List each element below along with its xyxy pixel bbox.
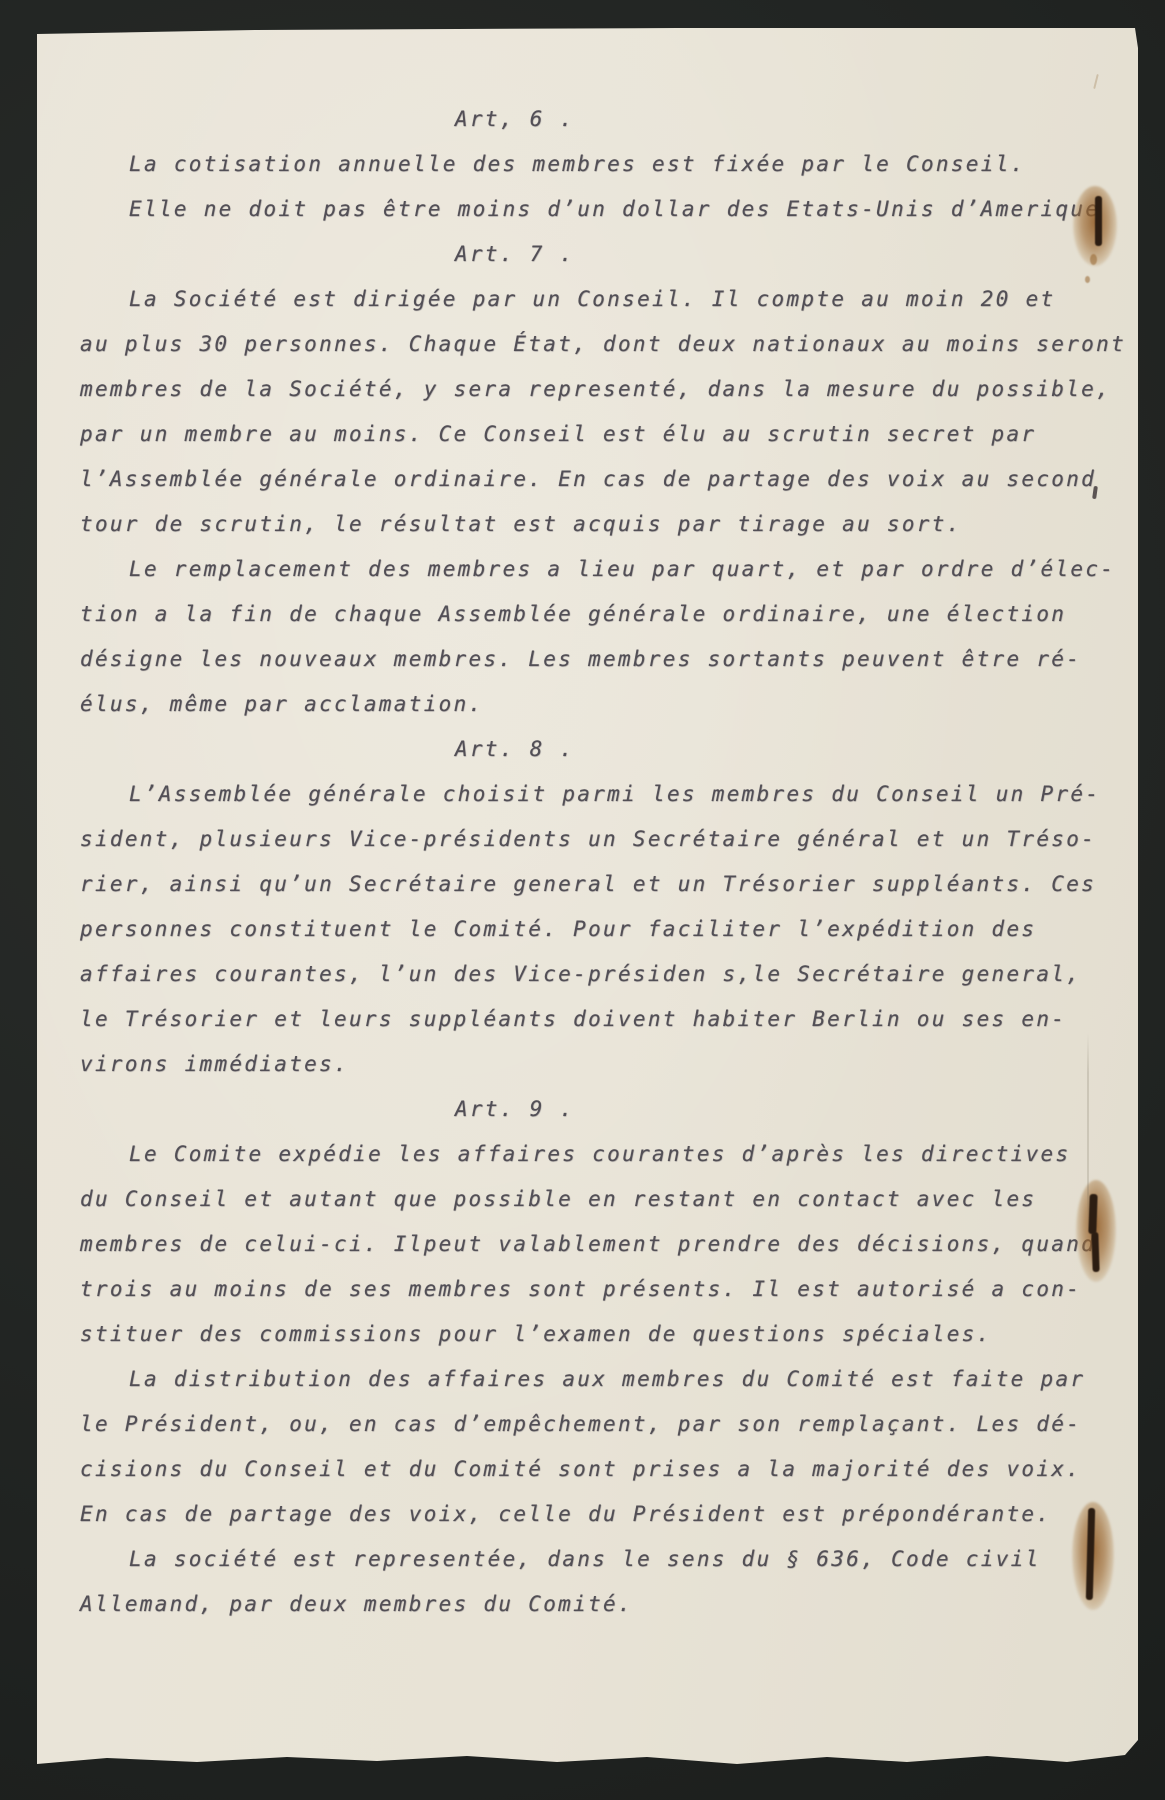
text-line: rier, ainsi qu’un Secrétaire general et … [80, 869, 1096, 899]
text-line: La distribution des affaires aux membres… [129, 1364, 1085, 1394]
text-line: La Société est dirigée par un Conseil. I… [129, 284, 1055, 314]
text-line: L’Assemblée générale choisit parmi les m… [129, 779, 1100, 809]
text-line: désigne les nouveaux membres. Les membre… [80, 644, 1081, 674]
text-line: l’Assemblée générale ordinaire. En cas d… [80, 464, 1096, 494]
text-line: tion a la fin de chaque Assemblée généra… [80, 599, 1066, 629]
text-line: Elle ne doit pas être moins d’un dollar … [129, 194, 1100, 224]
text-line: virons immédiates. [80, 1049, 349, 1079]
text-line: affaires courantes, l’un des Vice-présid… [80, 959, 1081, 989]
text-line: sident, plusieurs Vice-présidents un Sec… [80, 824, 1096, 854]
burn-streak-middle-a [1088, 1194, 1097, 1234]
paper-crease-right [1087, 1033, 1089, 1233]
article-heading: Art, 6 . [455, 104, 575, 134]
text-line: le Président, ou, en cas d’empêchement, … [80, 1409, 1081, 1439]
text-line: Allemand, par deux membres du Comité. [80, 1589, 633, 1619]
article-heading: Art. 7 . [455, 239, 575, 269]
photo-background: Art, 6 .La cotisation annuelle des membr… [0, 0, 1165, 1800]
burn-fleck-2 [1085, 276, 1090, 283]
text-line: membres de celui-ci. Ilpeut valablement … [80, 1229, 1096, 1259]
typewritten-text: Art, 6 .La cotisation annuelle des membr… [37, 28, 1138, 1770]
burn-streak-top [1095, 196, 1102, 246]
text-line: tour de scrutin, le résultat est acquis … [80, 509, 962, 539]
text-line: trois au moins de ses membres sont prése… [80, 1274, 1081, 1304]
text-line: au plus 30 personnes. Chaque État, dont … [80, 329, 1126, 359]
text-line: élus, même par acclamation. [80, 689, 483, 719]
burn-fleck-1 [1090, 254, 1097, 265]
text-line: En cas de partage des voix, celle du Pré… [80, 1499, 1051, 1529]
text-line: La société est representée, dans le sens… [129, 1544, 1041, 1574]
text-line: par un membre au moins. Ce Conseil est é… [80, 419, 1036, 449]
text-line: membres de la Société, y sera representé… [80, 374, 1111, 404]
text-line: Le remplacement des membres a lieu par q… [129, 554, 1115, 584]
text-line: le Trésorier et leurs suppléants doivent… [80, 1004, 1066, 1034]
burn-streak-middle-b [1091, 1232, 1099, 1272]
text-line: stituer des commissions pour l’examen de… [80, 1319, 992, 1349]
text-line: Le Comite expédie les affaires courantes… [129, 1139, 1070, 1169]
article-heading: Art. 9 . [455, 1094, 575, 1124]
text-line: La cotisation annuelle des membres est f… [129, 149, 1026, 179]
article-heading: Art. 8 . [455, 734, 575, 764]
text-line: personnes constituent le Comité. Pour fa… [80, 914, 1036, 944]
text-line: cisions du Conseil et du Comité sont pri… [80, 1454, 1081, 1484]
text-line: du Conseil et autant que possible en res… [80, 1184, 1036, 1214]
document-page: Art, 6 .La cotisation annuelle des membr… [37, 28, 1138, 1770]
